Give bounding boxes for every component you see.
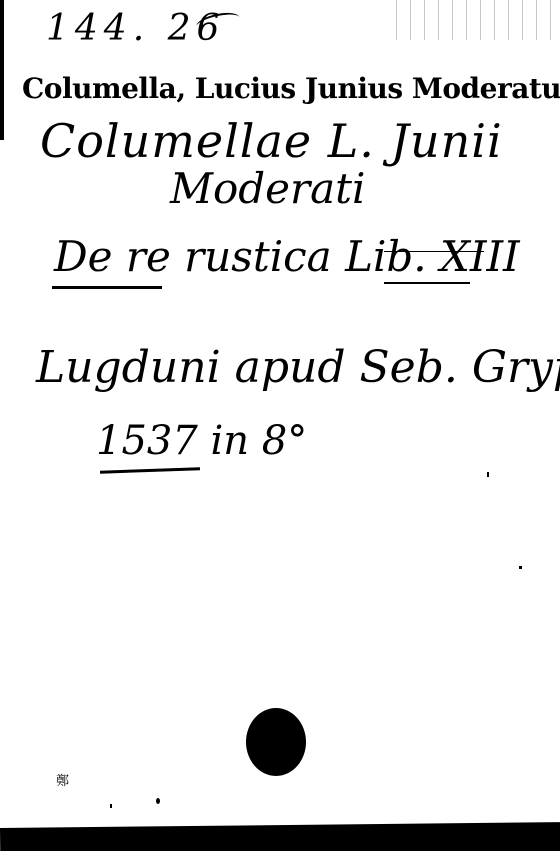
stamp-mark: 鄭: [56, 770, 69, 789]
catalog-card: 144. 26 Columella, Lucius Junius Moderat…: [0, 0, 560, 851]
card-left-edge: [0, 0, 4, 140]
volume-overline: [384, 251, 484, 252]
ink-speck: [519, 566, 522, 569]
title-line-3: De re rustica Lib. XIII: [54, 232, 520, 281]
scan-noise: [390, 0, 560, 40]
title-underline: [52, 286, 162, 289]
title-line-1: Columellae L. Junii: [40, 114, 503, 168]
author-heading: Columella, Lucius Junius Moderatus: [22, 72, 560, 105]
year-underline: [100, 467, 200, 473]
card-bottom-edge: [0, 822, 560, 851]
volume-underline: [384, 282, 470, 284]
ink-speck: [487, 472, 489, 477]
imprint-year-format: 1537 in 8°: [96, 418, 307, 464]
title-line-2: Moderati: [170, 164, 365, 213]
imprint-place-publisher: Lugduni apud Seb. Gryphium: [36, 342, 560, 393]
ink-speck: [110, 804, 112, 808]
punch-hole: [246, 708, 306, 776]
ink-speck: [156, 798, 160, 804]
